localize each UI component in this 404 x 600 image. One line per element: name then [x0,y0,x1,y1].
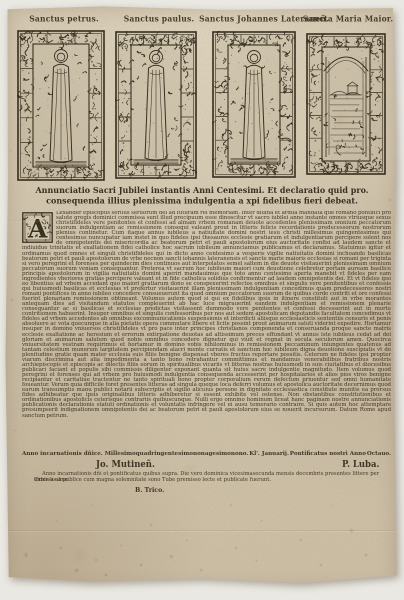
woodcut-panel-sancta-maria [306,33,386,175]
foxing-spot [393,319,396,322]
foxing-spot [319,563,323,567]
foxing-spot [94,558,98,562]
dateline-day: Kl'. Januarij. [249,451,289,457]
signature-left: Jo. Mutineñ. [96,460,155,471]
header-label-sanctus-paulus: Sanctus paulus. [124,13,195,23]
woodcut-panel-sanctus-paulus [115,31,197,179]
bull-title-line-2: consequenda illius plenissima indulgenti… [4,196,400,206]
foxing-spot [13,429,16,432]
foxing-spot [139,563,143,567]
foxing-spot [234,546,238,550]
foxing-spot [330,504,333,507]
foxing-spot [364,553,368,557]
paper-sheet: Sanctus petrus. Sanctus paulus. Sanctus … [4,4,400,593]
paper-shadow: Sanctus petrus. Sanctus paulus. Sanctus … [0,0,404,600]
foxing-spot [9,149,12,152]
foxing-spot [349,528,354,533]
bull-title-line-1: Annunciatio Sacri Jubilei instantis Anni… [4,185,400,195]
foxing-spot [10,298,14,302]
colophon-line-2: Urbis loca publice cum magna solemnitate… [34,478,390,484]
svg-text:A: A [27,215,48,244]
foxing-spot [44,586,48,590]
foxing-spot [104,573,108,577]
foxing-spot [199,568,203,572]
header-label-sancta-maria: Sancta Maria Maior. [303,13,393,23]
foxing-spot [55,519,58,522]
foxing-spot [229,503,233,507]
foxing-spot [255,559,258,562]
foxing-spot [169,554,174,559]
foxing-spot [74,568,79,573]
foxing-spot [149,523,153,527]
dateline-pontificate: Pontificatus nostri Anno [290,451,366,457]
fold-crease [8,530,396,532]
foxing-spot [120,544,123,547]
bull-body-text: AALexander episcopus seruus seruorum dei… [22,211,391,447]
woodcut-panel-sanctus-johannes [212,31,296,178]
bull-title: Annunciatio Sacri Jubilei instantis Anni… [4,185,400,206]
foxing-spot [90,504,93,507]
foxing-spot [185,539,188,542]
foxing-spot [71,546,89,564]
foxing-spot [260,519,263,522]
drop-cap-initial: AA [22,212,53,243]
dateline: Anno incarnationis dñice. Millesimoquadr… [22,451,391,457]
header-label-sanctus-petrus: Sanctus petrus. [29,13,99,23]
foxing-spot [23,552,29,558]
dateline-year: Anno incarnationis dñice. Millesimoquadr… [22,451,248,457]
woodcut-panel-sanctus-petrus [17,30,105,181]
dateline-regnal-year: Octauo. [367,451,391,457]
foxing-spot [59,546,63,550]
bull-body-flow: Lexander episcopus seruus seruorum dei a… [22,211,391,419]
foxing-spot [309,583,313,587]
signature-right: P. Luba. [342,460,379,471]
scanned-broadside: Sanctus petrus. Sanctus paulus. Sanctus … [0,0,404,600]
colophon-signature: B. Trico. [135,487,164,494]
foxing-spot [299,538,303,542]
